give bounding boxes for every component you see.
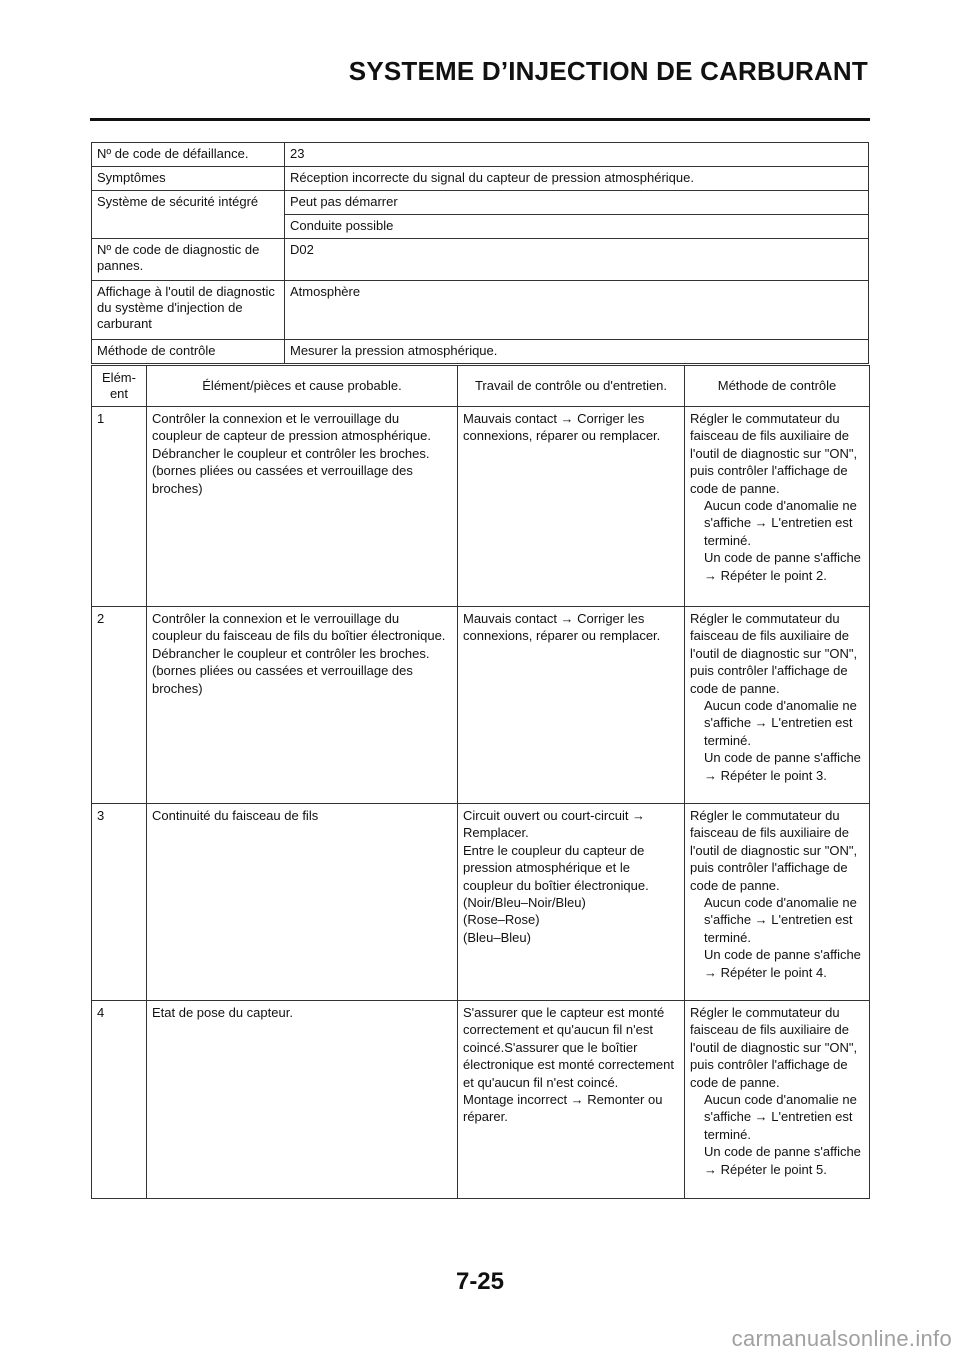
- header-work: Travail de contrôle ou d'entretien.: [458, 366, 685, 407]
- step-cause: Continuité du faisceau de fils: [147, 804, 458, 1001]
- tool-display-row: Affichage à l'outil de diagnostic du sys…: [92, 281, 869, 340]
- page-number: 7-25: [0, 1268, 960, 1296]
- check-method-label: Méthode de contrôle: [92, 340, 285, 364]
- watermark: carmanualsonline.info: [732, 1326, 952, 1352]
- method-ng-result: Un code de panne s'affiche → Répéter le …: [690, 946, 864, 981]
- method-ng-result: Un code de panne s'affiche → Répéter le …: [690, 1143, 864, 1178]
- table-row: 4Etat de pose du capteur.S'assurer que l…: [92, 1001, 870, 1199]
- tool-display-value: Atmosphère: [285, 281, 869, 340]
- step-method: Régler le commutateur du faisceau de fil…: [685, 804, 870, 1001]
- work-line: Mauvais contact → Corriger les connexion…: [463, 610, 679, 645]
- step-work: S'assurer que le capteur est monté corre…: [458, 1001, 685, 1199]
- step-work: Circuit ouvert ou court-circuit → Rempla…: [458, 804, 685, 1001]
- step-number: 2: [92, 607, 147, 804]
- step-method: Régler le commutateur du faisceau de fil…: [685, 607, 870, 804]
- header-method: Méthode de contrôle: [685, 366, 870, 407]
- fault-info-table: Nº de code de défaillance. 23 Symptômes …: [91, 142, 869, 364]
- work-line: Entre le coupleur du capteur de pression…: [463, 842, 679, 894]
- step-number: 3: [92, 804, 147, 1001]
- step-number: 4: [92, 1001, 147, 1199]
- work-line: (Noir/Bleu–Noir/Bleu): [463, 894, 679, 911]
- work-line: (Bleu–Bleu): [463, 929, 679, 946]
- fault-code-label: Nº de code de défaillance.: [92, 143, 285, 167]
- diag-code-row: Nº de code de diagnostic de pannes. D02: [92, 239, 869, 281]
- check-method-value: Mesurer la pression atmosphérique.: [285, 340, 869, 364]
- header-item: Elém- ent: [92, 366, 147, 407]
- diagnostic-steps-table: Elém- ent Élément/pièces et cause probab…: [91, 365, 870, 1199]
- method-instruction: Régler le commutateur du faisceau de fil…: [690, 807, 864, 894]
- step-cause: Contrôler la connexion et le verrouillag…: [147, 607, 458, 804]
- table-row: 1Contrôler la connexion et le verrouilla…: [92, 407, 870, 607]
- tool-display-label: Affichage à l'outil de diagnostic du sys…: [92, 281, 285, 340]
- failsafe-value-2: Conduite possible: [285, 215, 869, 239]
- check-method-row: Méthode de contrôle Mesurer la pression …: [92, 340, 869, 364]
- failsafe-label: Système de sécurité intégré: [92, 191, 285, 239]
- work-line: S'assurer que le capteur est monté corre…: [463, 1004, 679, 1091]
- method-instruction: Régler le commutateur du faisceau de fil…: [690, 610, 864, 697]
- method-ng-result: Un code de panne s'affiche → Répéter le …: [690, 749, 864, 784]
- table-row: 2Contrôler la connexion et le verrouilla…: [92, 607, 870, 804]
- work-line: Circuit ouvert ou court-circuit → Rempla…: [463, 807, 679, 842]
- method-ok-result: Aucun code d'anomalie ne s'affiche → L'e…: [690, 894, 864, 946]
- method-instruction: Régler le commutateur du faisceau de fil…: [690, 410, 864, 497]
- work-line: Montage incorrect → Remonter ou réparer.: [463, 1091, 679, 1126]
- method-ok-result: Aucun code d'anomalie ne s'affiche → L'e…: [690, 697, 864, 749]
- table-header-row: Elém- ent Élément/pièces et cause probab…: [92, 366, 870, 407]
- symptoms-label: Symptômes: [92, 167, 285, 191]
- step-number: 1: [92, 407, 147, 607]
- diag-code-value: D02: [285, 239, 869, 281]
- symptoms-row: Symptômes Réception incorrecte du signal…: [92, 167, 869, 191]
- failsafe-row: Système de sécurité intégré Peut pas dém…: [92, 191, 869, 215]
- fault-code-value: 23: [285, 143, 869, 167]
- work-line: (Rose–Rose): [463, 911, 679, 928]
- work-line: Mauvais contact → Corriger les connexion…: [463, 410, 679, 445]
- failsafe-value-1: Peut pas démarrer: [285, 191, 869, 215]
- header-cause: Élément/pièces et cause probable.: [147, 366, 458, 407]
- page-title: SYSTEME D’INJECTION DE CARBURANT: [349, 56, 868, 87]
- method-ng-result: Un code de panne s'affiche → Répéter le …: [690, 549, 864, 584]
- table-row: 3Continuité du faisceau de filsCircuit o…: [92, 804, 870, 1001]
- symptoms-value: Réception incorrecte du signal du capteu…: [285, 167, 869, 191]
- header-rule: [90, 118, 870, 121]
- step-method: Régler le commutateur du faisceau de fil…: [685, 407, 870, 607]
- diag-code-label: Nº de code de diagnostic de pannes.: [92, 239, 285, 281]
- fault-code-row: Nº de code de défaillance. 23: [92, 143, 869, 167]
- step-cause: Etat de pose du capteur.: [147, 1001, 458, 1199]
- method-ok-result: Aucun code d'anomalie ne s'affiche → L'e…: [690, 497, 864, 549]
- method-ok-result: Aucun code d'anomalie ne s'affiche → L'e…: [690, 1091, 864, 1143]
- method-instruction: Régler le commutateur du faisceau de fil…: [690, 1004, 864, 1091]
- step-cause: Contrôler la connexion et le verrouillag…: [147, 407, 458, 607]
- step-method: Régler le commutateur du faisceau de fil…: [685, 1001, 870, 1199]
- step-work: Mauvais contact → Corriger les connexion…: [458, 607, 685, 804]
- step-work: Mauvais contact → Corriger les connexion…: [458, 407, 685, 607]
